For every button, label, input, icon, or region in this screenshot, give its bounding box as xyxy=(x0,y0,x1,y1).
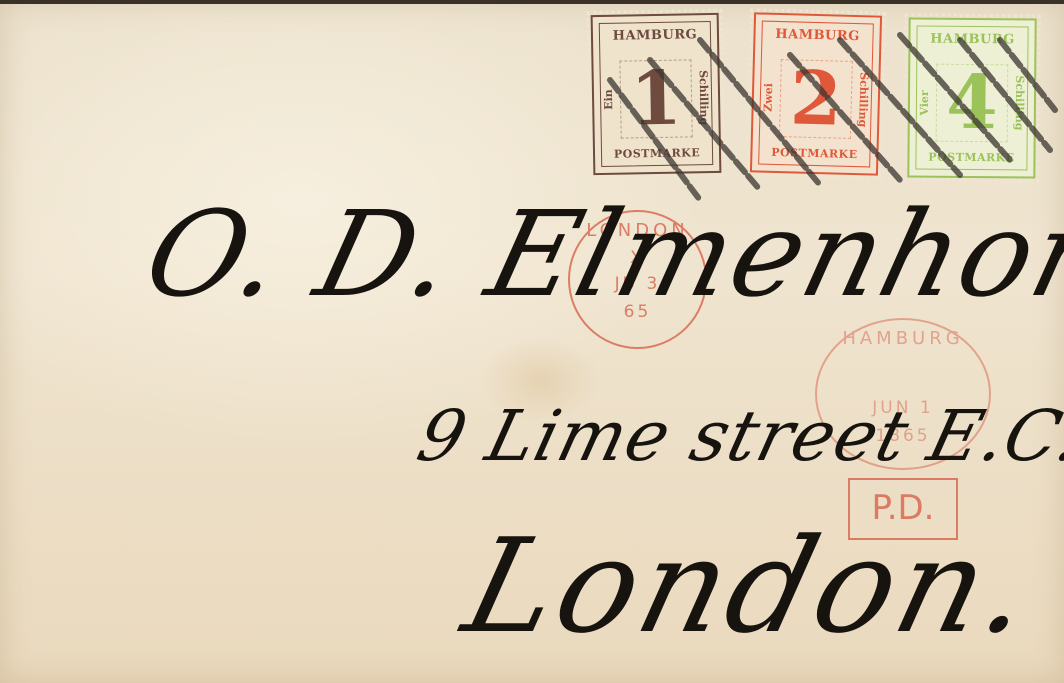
address-name: O. D. Elmenhorst. Esq. xyxy=(133,185,1064,323)
stamp-bottom-label: POSTMARKE xyxy=(909,150,1033,164)
stamp-right-label: Schilling xyxy=(853,57,871,143)
stamp-1-schilling: HAMBURG Ein Schilling 1 POSTMARKE xyxy=(591,13,722,175)
stamp-top-label: HAMBURG xyxy=(593,27,717,44)
stamp-right-label: Schilling xyxy=(1010,60,1027,146)
stamp-numeral: 4 xyxy=(938,60,1007,147)
postmark-city: HAMBURG xyxy=(817,328,989,349)
stamp-numeral: 1 xyxy=(621,55,690,142)
address-city: London. xyxy=(451,510,1052,662)
envelope: HAMBURG Ein Schilling 1 POSTMARKE HAMBUR… xyxy=(0,0,1064,683)
stamp-left-label: Vier xyxy=(918,60,935,146)
stamp-4-schilling: HAMBURG Vier Schilling 4 POSTMARKE xyxy=(907,17,1036,178)
stamp-right-label: Schilling xyxy=(693,55,710,141)
addressee-name: O. D. Elmenhorst xyxy=(133,185,1064,323)
stamp-numeral: 2 xyxy=(781,55,851,143)
stamp-2-schilling: HAMBURG Zwei Schilling 2 POSTMARKE xyxy=(750,12,882,175)
address-street: 9 Lime street E.C. xyxy=(410,395,1064,477)
stamp-top-label: HAMBURG xyxy=(910,31,1034,47)
stamp-top-label: HAMBURG xyxy=(755,26,879,44)
stamp-left-label: Ein xyxy=(601,57,618,143)
scan-edge xyxy=(0,0,1064,4)
stamp-bottom-label: POSTMARKE xyxy=(595,146,719,161)
stamp-left-label: Zwei xyxy=(761,55,779,141)
